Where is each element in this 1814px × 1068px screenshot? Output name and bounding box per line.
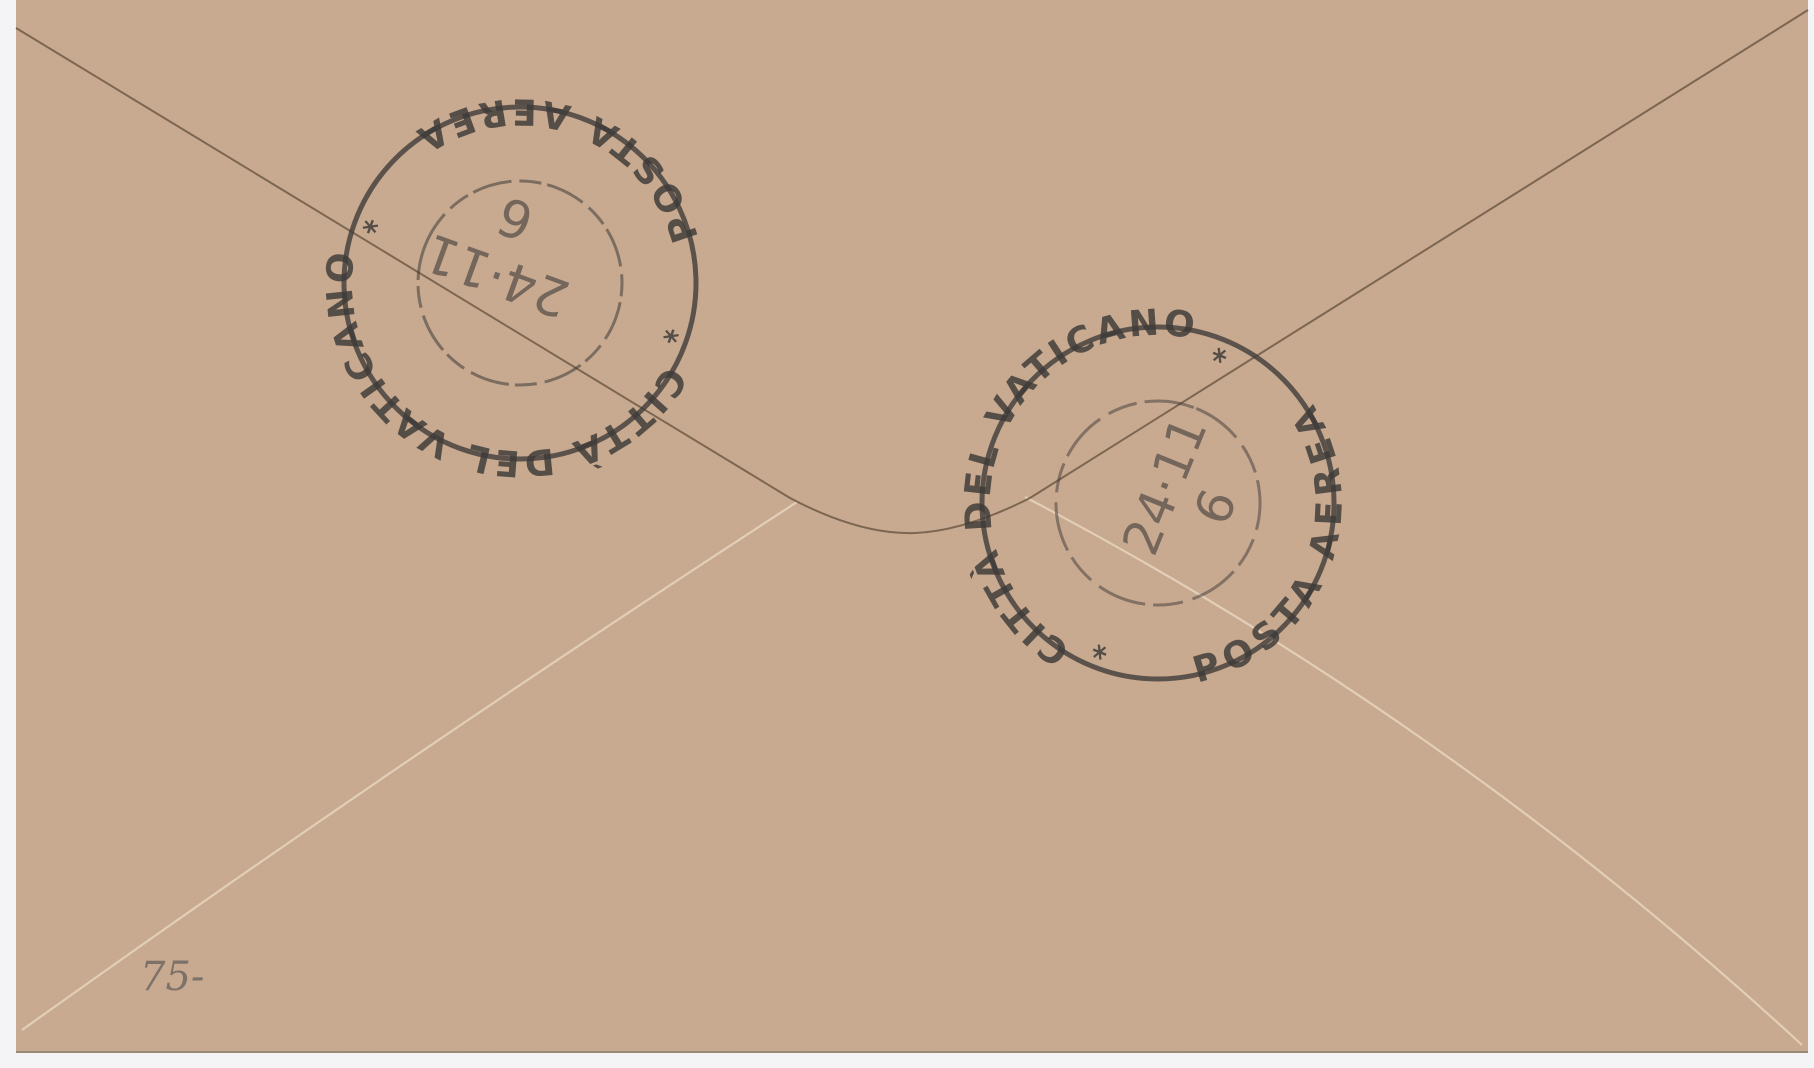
envelope — [16, 0, 1808, 1053]
pencil-price-note: 75- — [140, 954, 204, 1000]
paper-texture — [16, 0, 1808, 1053]
envelope-scene: CITTÀ DEL VATICANO POSTA AEREA * * 24·11… — [0, 0, 1814, 1068]
